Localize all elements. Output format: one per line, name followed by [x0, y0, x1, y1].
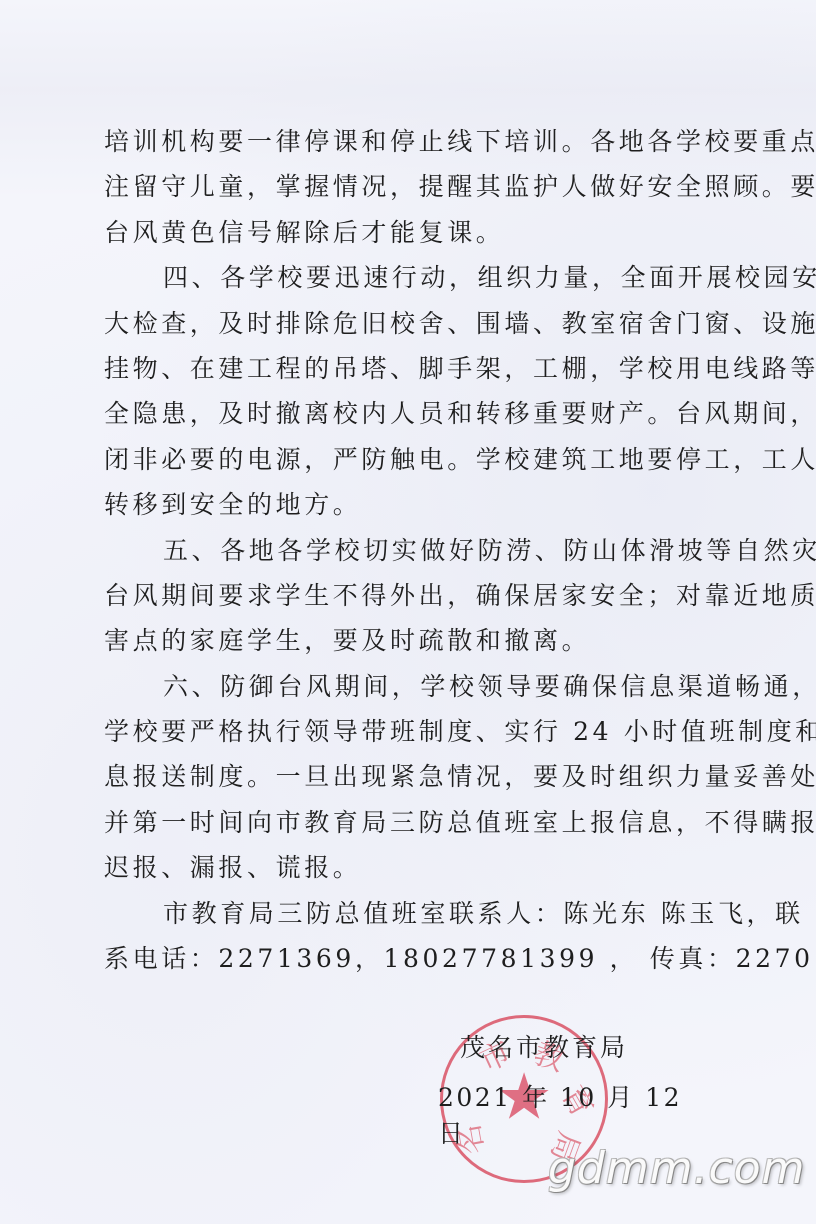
- paragraph-6: 六、防御台风期间，学校领导要确保信息渠道畅通，各 学校要严格执行领导带班制度、实…: [104, 669, 724, 896]
- contact-line: 系电话：2271369，18027781399 ， 传真：2270170。: [104, 941, 724, 986]
- text-line: 害点的家庭学生，要及时疏散和撤离。: [104, 623, 724, 668]
- issuing-organization: 茂名市教育局: [460, 1030, 698, 1066]
- text-line: 挂物、在建工程的吊塔、脚手架，工棚，学校用电线路等安: [104, 351, 724, 396]
- text-line: 全隐患，及时撤离校内人员和转移重要财产。台风期间，关: [104, 396, 724, 441]
- signoff-block: 茂名市教育局 2021 年 10 月 12 日: [438, 1030, 698, 1152]
- text-line: 并第一时间向市教育局三防总值班室上报信息，不得瞒报、: [104, 805, 724, 850]
- paragraph-5: 五、各地各学校切实做好防涝、防山体滑坡等自然灾害。 台风期间要求学生不得外出，确…: [104, 533, 724, 669]
- text-line: 台风期间要求学生不得外出，确保居家安全；对靠近地质灾: [104, 578, 724, 623]
- text-line: 注留守儿童，掌握情况，提醒其监护人做好安全照顾。要在: [104, 169, 724, 214]
- paragraph-4: 四、各学校要迅速行动，组织力量，全面开展校园安全 大检查，及时排除危旧校舍、围墙…: [104, 260, 724, 532]
- text-line: 迟报、漏报、谎报。: [104, 850, 724, 895]
- site-watermark: gdmm.com: [548, 1143, 806, 1194]
- contact-paragraph: 市教育局三防总值班室联系人：陈光东 陈玉飞，联 系电话：2271369，1802…: [104, 896, 724, 987]
- text-line: 培训机构要一律停课和停止线下培训。各地各学校要重点关: [104, 124, 724, 169]
- text-line: 息报送制度。一旦出现紧急情况，要及时组织力量妥善处理，: [104, 759, 724, 804]
- text-line: 大检查，及时排除危旧校舍、围墙、教室宿舍门窗、设施悬: [104, 306, 724, 351]
- text-line: 闭非必要的电源，严防触电。学校建筑工地要停工，工人要: [104, 442, 724, 487]
- text-line: 台风黄色信号解除后才能复课。: [104, 215, 724, 260]
- issue-date: 2021 年 10 月 12 日: [438, 1080, 698, 1152]
- contact-line: 市教育局三防总值班室联系人：陈光东 陈玉飞，联: [104, 896, 724, 941]
- text-line: 四、各学校要迅速行动，组织力量，全面开展校园安全: [104, 260, 724, 305]
- text-line: 五、各地各学校切实做好防涝、防山体滑坡等自然灾害。: [104, 533, 724, 578]
- paragraph-3-tail: 培训机构要一律停课和停止线下培训。各地各学校要重点关 注留守儿童，掌握情况，提醒…: [104, 124, 724, 260]
- text-line: 学校要严格执行领导带班制度、实行 24 小时值班制度和信: [104, 714, 724, 759]
- text-line: 六、防御台风期间，学校领导要确保信息渠道畅通，各: [104, 669, 724, 714]
- text-line: 转移到安全的地方。: [104, 487, 724, 532]
- document-body: 培训机构要一律停课和停止线下培训。各地各学校要重点关 注留守儿童，掌握情况，提醒…: [104, 124, 724, 986]
